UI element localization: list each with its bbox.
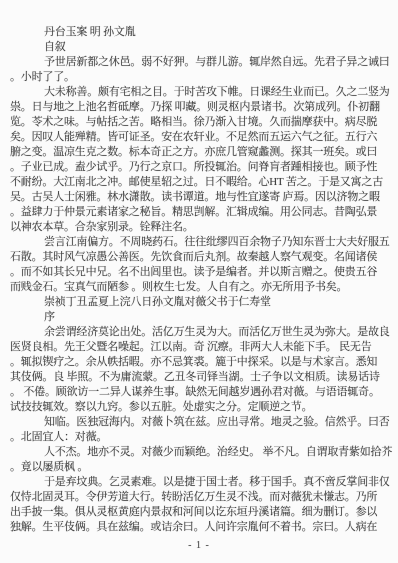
text-line: 予世居新都之休邑。弱不好狎。与群儿游。辄岸然自远。先君子异之诫曰 bbox=[10, 55, 394, 70]
text-block: 丹台玉案 明 孙文胤自叙予世居新都之休邑。弱不好狎。与群儿游。辄岸然自远。先君子… bbox=[10, 25, 394, 535]
text-line: 吴。古吴人士闲雅。林水潇散。读书谭道。地与性宜遂寄 庐焉。因以济物之暇 bbox=[10, 190, 394, 205]
text-line: 出手披一集。俱从灵枢黄庭内景叔和河间以讫东垣丹溪诸篇。细为删订。参以 bbox=[10, 505, 394, 520]
text-line: 人不杰。地亦不灵。对薇少而颖绝。治经史。 举不凡。自谓取青紫如拾芥 bbox=[10, 445, 394, 460]
text-line: 序 bbox=[10, 310, 394, 325]
text-line: 。辄拟锲疗之。余从帙括暇。亦不忌箕裘。簏于中探采。以是与术家言。悉知 bbox=[10, 355, 394, 370]
text-line: 自叙 bbox=[10, 40, 394, 55]
text-line: 祟。日与地之上池名哲砥摩。乃探 叩藏。则灵枢内景诸书。次第成列。仆初翻 bbox=[10, 100, 394, 115]
text-line: 大未称善。颇有宅相之目。于时苦攻下帷。日课经生业而已。久之二竖为 bbox=[10, 85, 394, 100]
text-line: 。小时了了。 bbox=[10, 70, 394, 85]
text-line: 。益肆力于仲景元素诸家之秘旨。精思剀解。汇辑成编。用公同志。昔陶弘景 bbox=[10, 205, 394, 220]
text-line: 。子业已成。盍少试乎。乃行之京口。所投辄治。问脊肓者踵相接也。顾予性 bbox=[10, 160, 394, 175]
text-line: 。 不倦。顾欲访一二异人谋养生事。缺然无间越岁遇孙君对薇。与语语辄奇。 bbox=[10, 385, 394, 400]
text-line: 尝言江南偏方。不周晓药石。往往纰缪四百余物子乃知东晋士大夫好服五 bbox=[10, 235, 394, 250]
text-line: 石散。其时风气凉愚公善医。先饮食而后丸剂。故秦越人察气观变。名闻诸侯 bbox=[10, 250, 394, 265]
text-line: 其伎俩。良 毕照。不为庸流蒙。乙丑冬司铎当湖。士子争以文相质。读易话诗 bbox=[10, 370, 394, 385]
text-line: 医贤良相。先王父暨名噪起。江以南。奇 沉瘵。非两大人未能下手。 民无告 bbox=[10, 340, 394, 355]
text-line: 。而不如其长兄中兄。名不出闾里也。读予是编者。并以斯言赠之。使贵五谷 bbox=[10, 265, 394, 280]
text-line: 。竟以屡质枫 。 bbox=[10, 460, 394, 475]
text-line: 丹台玉案 明 孙文胤 bbox=[10, 25, 394, 40]
text-line: 不耐纷。大江南北之冲。邮使星轺之过。日不暇给。心HT 苦之。于是又寓之古 bbox=[10, 175, 394, 190]
text-line: 。北固宜人：对薇。 bbox=[10, 430, 394, 445]
text-line: 以神农本草。合杂家别录。铨释注名。 bbox=[10, 220, 394, 235]
text-line: 于是弃坟典。乞灵素难。以是捷于国士者。移于国手。真不啻反掌间非仅 bbox=[10, 475, 394, 490]
text-line: 腑之变。温凉生克之数。标本奇正之方。亦庶几管窥蠡测。探其一班矣。或曰 bbox=[10, 145, 394, 160]
page-number: - 1 - bbox=[0, 540, 398, 551]
text-line: 览。苓术之味。与帖括之苦。略相当。徐乃渐入甘境。久而揣摩获中。病尽脱 bbox=[10, 115, 394, 130]
text-line: 仅恃北固灵耳。令伊芳道大行。转盼活亿万生灵不浅。而对薇犹未慊志。乃所 bbox=[10, 490, 394, 505]
text-line: 试技技辄效。察以九窍。参以五脏。处虚实之分。定顺逆之节。 bbox=[10, 400, 394, 415]
text-line: 独解。生平伎俩。具在兹编。或诘余曰。人问许宗胤何不着书。宗曰。人病在 bbox=[10, 520, 394, 535]
text-line: 余尝谓经济莫论出处。活亿万生灵为大。而活亿万世生灵为弥大。是故良 bbox=[10, 325, 394, 340]
text-line: 崇祯丁丑孟夏上浣八日孙文胤对薇父书于仁寿堂 bbox=[10, 295, 394, 310]
text-line: 矣。因叹人能殚精。皆可证圣。安在农轩业。不足然而五运六气之征。五行六 bbox=[10, 130, 394, 145]
text-line: 知临。医独冠海内。对薇卜筑在兹。应出寻常。地灵之验。信然乎。曰否 bbox=[10, 415, 394, 430]
text-line: 而贱金石。宝真气而陋参 。则枚生七发。人自有之。亦无所用予书矣。 bbox=[10, 280, 394, 295]
document-page: 丹台玉案 明 孙文胤自叙予世居新都之休邑。弱不好狎。与群儿游。辄岸然自远。先君子… bbox=[0, 0, 398, 563]
